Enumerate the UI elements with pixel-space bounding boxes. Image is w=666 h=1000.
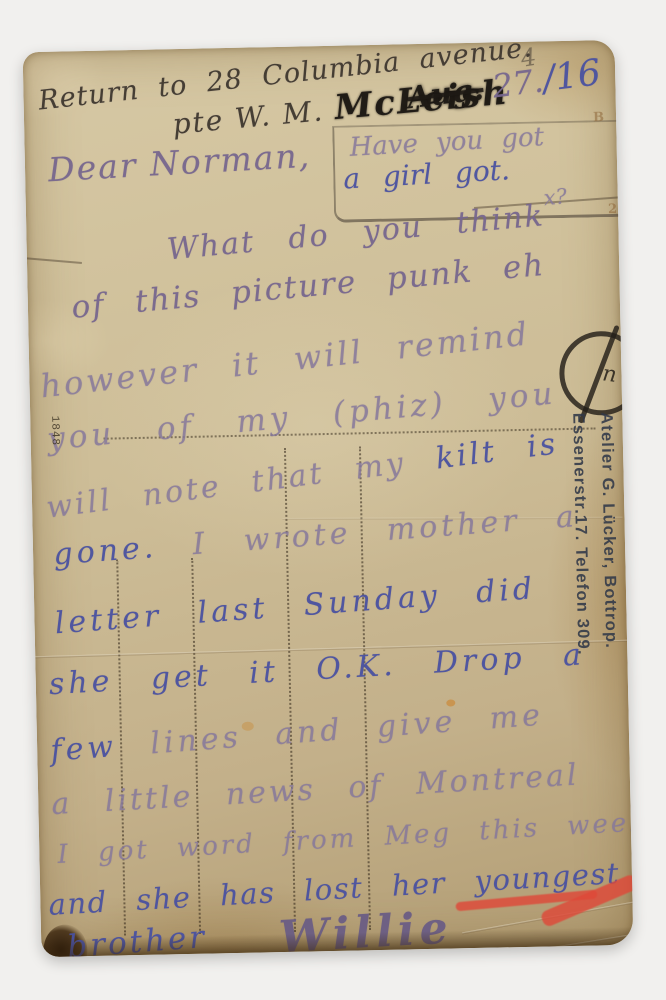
- edge-mark-top: B: [593, 110, 604, 125]
- stamp-glyph: n: [601, 361, 618, 388]
- date-day: 27.: [490, 61, 545, 105]
- body-line: few lines and give me: [49, 698, 545, 769]
- handwriting-text: Willie: [278, 902, 454, 957]
- handwriting-text: she get it O.K. Drop a: [48, 637, 586, 702]
- handwriting-text: kilt is: [434, 426, 560, 476]
- signature: Willie: [278, 902, 454, 957]
- handwriting-text: letter last Sunday did: [54, 571, 538, 641]
- crease-line: [472, 933, 633, 957]
- studio-imprint: Atelier G. Lücker, Bottrop. Essenerstr.1…: [564, 412, 627, 753]
- handwriting-text: few: [49, 729, 118, 769]
- postcard: Return to 28 Columbia avenue. pte W. M. …: [23, 40, 634, 957]
- body-line: a little news of Montreal: [51, 758, 581, 822]
- handwriting-text: a little news of Montreal: [51, 758, 581, 822]
- handwriting-text: lines and give me: [116, 698, 545, 764]
- handwriting-text: of this picture punk eh: [70, 247, 547, 326]
- body-line: she get it O.K. Drop a: [48, 637, 586, 702]
- edge-mark-bottom: 2: [608, 202, 617, 217]
- salutation: Dear Norman,: [47, 136, 312, 190]
- body-line: letter last Sunday did: [54, 571, 538, 641]
- handwriting-text: brother: [66, 919, 208, 957]
- handwriting-text: pte W. M.: [171, 94, 325, 141]
- censor-stamp-mark: n: [559, 330, 634, 416]
- date-year: /16: [540, 52, 603, 100]
- negative-number: 1848: [48, 416, 61, 447]
- body-line: of this picture punk eh: [70, 247, 547, 326]
- postcard-scan: Return to 28 Columbia avenue. pte W. M. …: [0, 0, 666, 1000]
- handwriting-text: gone.: [52, 530, 158, 573]
- handwriting-text: I wrote mother a: [156, 499, 579, 565]
- handwriting-text: x?: [543, 184, 568, 210]
- edge-crack: [27, 257, 82, 264]
- handwriting-text: Dear Norman,: [47, 136, 312, 190]
- closing: brother: [66, 919, 208, 957]
- note-box-line3: x?: [543, 184, 568, 210]
